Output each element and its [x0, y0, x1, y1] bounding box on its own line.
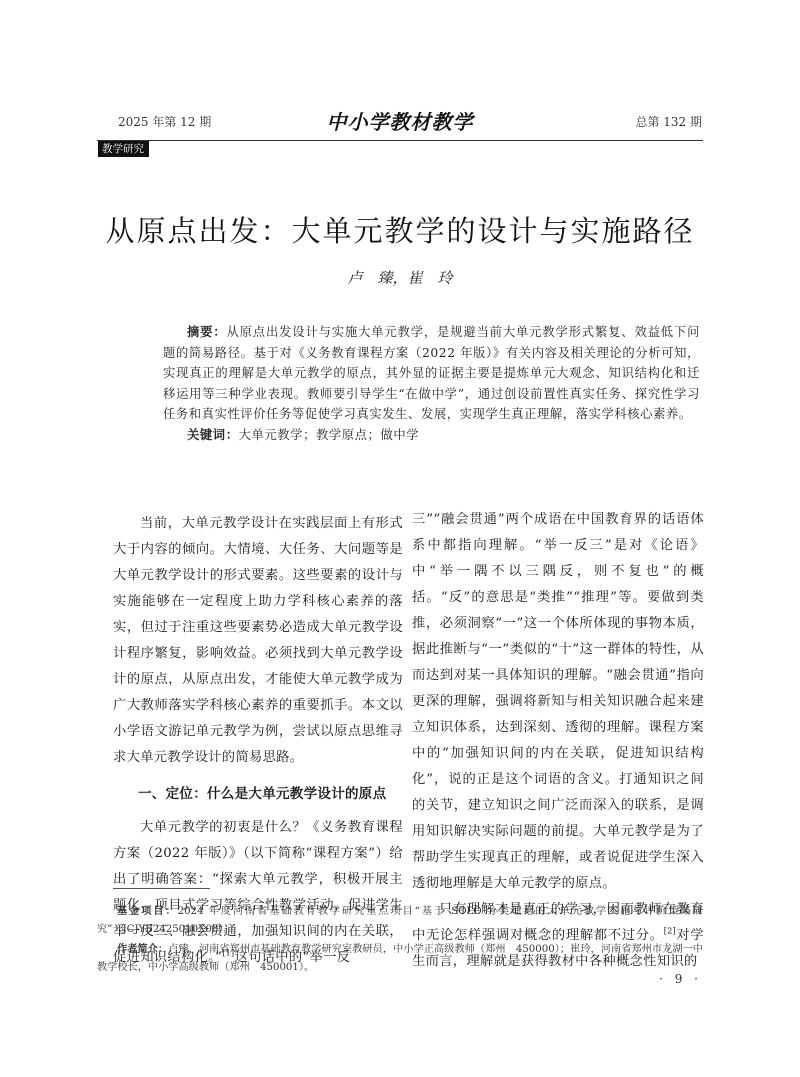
article-title: 从原点出发：大单元教学的设计与实施路径: [0, 209, 800, 250]
body-left-column: 当前，大单元教学设计在实践层面上有形式大于内容的倾向。大情境、大任务、大问题等是…: [113, 511, 403, 971]
author-bio-label: 作者简介：: [117, 944, 168, 955]
abstract-block: 摘要：从原点出发设计与实施大单元教学，是规避当前大单元教学形式繁复、效益低下问题…: [163, 322, 700, 445]
fund-footnote: 基金项目：2024 年度河南省基础教育教学研究重点项目“基于 SOLO 分类理论…: [97, 903, 703, 939]
page-number: · 9 ·: [659, 972, 702, 986]
fund-label: 基金项目：: [117, 906, 178, 917]
footnotes-block: 基金项目：2024 年度河南省基础教育教学研究重点项目“基于 SOLO 分类理论…: [97, 903, 703, 979]
section-heading-1: 一、定位：什么是大单元教学设计的原点: [113, 781, 403, 807]
keywords-label: 关键词：: [187, 428, 239, 442]
header-divider: [97, 140, 703, 141]
keywords-text: 大单元教学；教学原点；做中学: [239, 428, 420, 442]
fund-text: 2024 年度河南省基础教育教学研究重点项目“基于 SOLO 分类理论的大单元教…: [97, 906, 703, 935]
article-authors: 卢 臻，崔 玲: [0, 267, 800, 288]
author-bio-text: 卢臻，河南省郑州市基础教育教学研究室教研员，中小学正高级教师（郑州 450000…: [97, 944, 703, 973]
keywords-paragraph: 关键词：大单元教学；教学原点；做中学: [163, 425, 700, 446]
author-footnote: 作者简介：卢臻，河南省郑州市基础教育教学研究室教研员，中小学正高级教师（郑州 4…: [97, 941, 703, 977]
abstract-text: 从原点出发设计与实施大单元教学，是规避当前大单元教学形式繁复、效益低下问题的简易…: [163, 325, 700, 421]
intro-paragraph: 当前，大单元教学设计在实践层面上有形式大于内容的倾向。大情境、大任务、大问题等是…: [113, 511, 403, 771]
body-paragraph-continued: 三”“融会贯通”两个成语在中国教育界的话语体系中都指向理解。“举一反三”是对《论…: [412, 507, 704, 897]
abstract-paragraph: 摘要：从原点出发设计与实施大单元教学，是规避当前大单元教学形式繁复、效益低下问题…: [163, 322, 700, 425]
abstract-label: 摘要：: [187, 325, 226, 339]
total-issue-label: 总第 132 期: [635, 113, 702, 130]
footnote-divider: [113, 888, 210, 889]
section-tag: 教学研究: [98, 141, 149, 157]
